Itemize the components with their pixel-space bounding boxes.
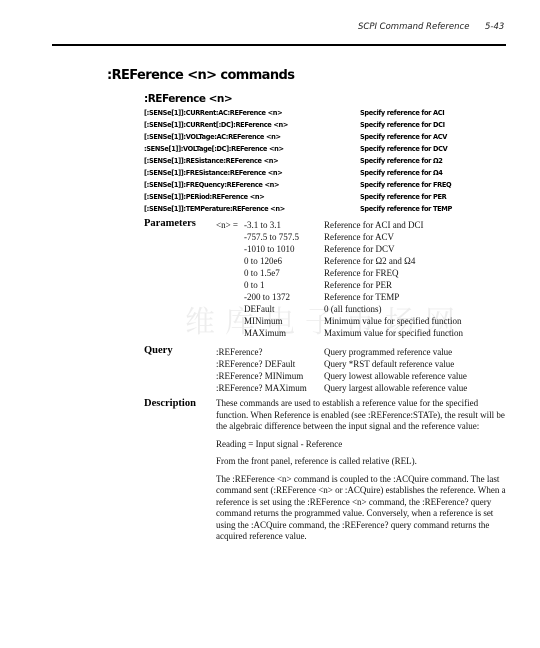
parameter-description: Reference for Ω2 and Ω4 [324,256,415,266]
query-syntax: :REFerence? [216,347,262,357]
parameter-value: -1010 to 1010 [244,244,295,254]
description-label: Description [144,398,196,409]
header-rule [52,44,506,46]
page-number: 5-43 [485,22,504,32]
command-syntax: :SENSe[1]]:VOLTage[:DC]:REFerence <n> [144,145,284,153]
parameter-description: Reference for PER [324,280,392,290]
parameter-row: MAXimumMaximum value for specified funct… [216,328,516,340]
command-description: Specify reference for FREQ [360,181,451,189]
parameter-row: 0 to 1Reference for PER [216,280,516,292]
query-row: :REFerence? DEFaultQuery *RST default re… [216,359,516,371]
command-description: Specify reference for TEMP [360,205,452,213]
command-description: Specify reference for ACV [360,133,447,141]
query-description: Query programmed reference value [324,347,452,357]
query-description: Query lowest allowable reference value [324,371,467,381]
command-syntax: [:SENSe[1]]:FREQuency:REFerence <n> [144,181,279,189]
command-syntax: [:SENSe[1]]:CURRent:AC:REFerence <n> [144,109,282,117]
parameters-table: <n> =-3.1 to 3.1Reference for ACI and DC… [216,220,516,340]
parameter-value: MAXimum [244,328,286,338]
description-paragraph: From the front panel, reference is calle… [216,456,506,468]
parameter-row: -1010 to 1010Reference for DCV [216,244,516,256]
parameter-description: Reference for TEMP [324,292,399,302]
parameter-value: -757.5 to 757.5 [244,232,299,242]
formula-paragraph: Reading = Input signal - Reference [216,439,506,451]
parameter-value: -3.1 to 3.1 [244,220,281,230]
query-table: :REFerence?Query programmed reference va… [216,347,516,395]
command-syntax: [:SENSe[1]]:PERiod:REFerence <n> [144,193,264,201]
parameter-row: <n> =-3.1 to 3.1Reference for ACI and DC… [216,220,516,232]
command-syntax: [:SENSe[1]]:VOLTage:AC:REFerence <n> [144,133,281,141]
description-paragraph: The :REFerence <n> command is coupled to… [216,474,506,543]
command-row: [:SENSe[1]]:CURRent:AC:REFerence <n>Spec… [144,109,524,121]
command-row: [:SENSe[1]]:CURRent[:DC]:REFerence <n>Sp… [144,121,524,133]
command-syntax: [:SENSe[1]]:TEMPerature:REFerence <n> [144,205,285,213]
parameter-description: Maximum value for specified function [324,328,463,338]
command-description: Specify reference for DCI [360,121,445,129]
parameters-label: Parameters [144,218,196,229]
query-row: :REFerence? MINimumQuery lowest allowabl… [216,371,516,383]
query-description: Query largest allowable reference value [324,383,467,393]
description-paragraph: These commands are used to establish a r… [216,398,506,433]
command-subheading: :REFerence <n> [144,93,232,105]
command-description: Specify reference for ACI [360,109,444,117]
section-heading: :REFerence <n> commands [107,68,294,83]
command-row: :SENSe[1]]:VOLTage[:DC]:REFerence <n>Spe… [144,145,524,157]
parameter-row: MINimumMinimum value for specified funct… [216,316,516,328]
parameter-row: 0 to 120e6Reference for Ω2 and Ω4 [216,256,516,268]
description-body: These commands are used to establish a r… [216,398,506,549]
command-description: Specify reference for Ω2 [360,157,442,165]
command-row: [:SENSe[1]]:PERiod:REFerence <n>Specify … [144,193,524,205]
command-syntax: [:SENSe[1]]:RESistance:REFerence <n> [144,157,278,165]
command-description: Specify reference for DCV [360,145,447,153]
command-row: [:SENSe[1]]:TEMPerature:REFerence <n>Spe… [144,205,524,217]
parameter-name: <n> = [216,220,238,230]
command-syntax: [:SENSe[1]]:FRESistance:REFerence <n> [144,169,282,177]
command-row: [:SENSe[1]]:FRESistance:REFerence <n>Spe… [144,169,524,181]
parameter-value: -200 to 1372 [244,292,290,302]
parameter-row: DEFault0 (all functions) [216,304,516,316]
parameter-description: Reference for DCV [324,244,394,254]
command-list: [:SENSe[1]]:CURRent:AC:REFerence <n>Spec… [144,109,524,217]
parameter-description: Reference for FREQ [324,268,398,278]
parameter-description: Reference for ACV [324,232,394,242]
command-row: [:SENSe[1]]:FREQuency:REFerence <n>Speci… [144,181,524,193]
parameter-value: MINimum [244,316,283,326]
parameter-value: 0 to 1.5e7 [244,268,280,278]
parameter-row: -200 to 1372Reference for TEMP [216,292,516,304]
parameter-value: 0 to 1 [244,280,265,290]
parameter-row: 0 to 1.5e7Reference for FREQ [216,268,516,280]
command-syntax: [:SENSe[1]]:CURRent[:DC]:REFerence <n> [144,121,288,129]
query-row: :REFerence? MAXimumQuery largest allowab… [216,383,516,395]
parameter-value: DEFault [244,304,275,314]
command-description: Specify reference for Ω4 [360,169,442,177]
running-header-title: SCPI Command Reference [358,22,469,32]
parameter-description: 0 (all functions) [324,304,382,314]
query-syntax: :REFerence? DEFault [216,359,295,369]
query-label: Query [144,345,173,356]
parameter-description: Minimum value for specified function [324,316,461,326]
query-syntax: :REFerence? MAXimum [216,383,307,393]
parameter-description: Reference for ACI and DCI [324,220,423,230]
command-row: [:SENSe[1]]:VOLTage:AC:REFerence <n>Spec… [144,133,524,145]
query-row: :REFerence?Query programmed reference va… [216,347,516,359]
command-row: [:SENSe[1]]:RESistance:REFerence <n>Spec… [144,157,524,169]
query-description: Query *RST default reference value [324,359,454,369]
query-syntax: :REFerence? MINimum [216,371,303,381]
command-description: Specify reference for PER [360,193,446,201]
parameter-row: -757.5 to 757.5Reference for ACV [216,232,516,244]
parameter-value: 0 to 120e6 [244,256,282,266]
